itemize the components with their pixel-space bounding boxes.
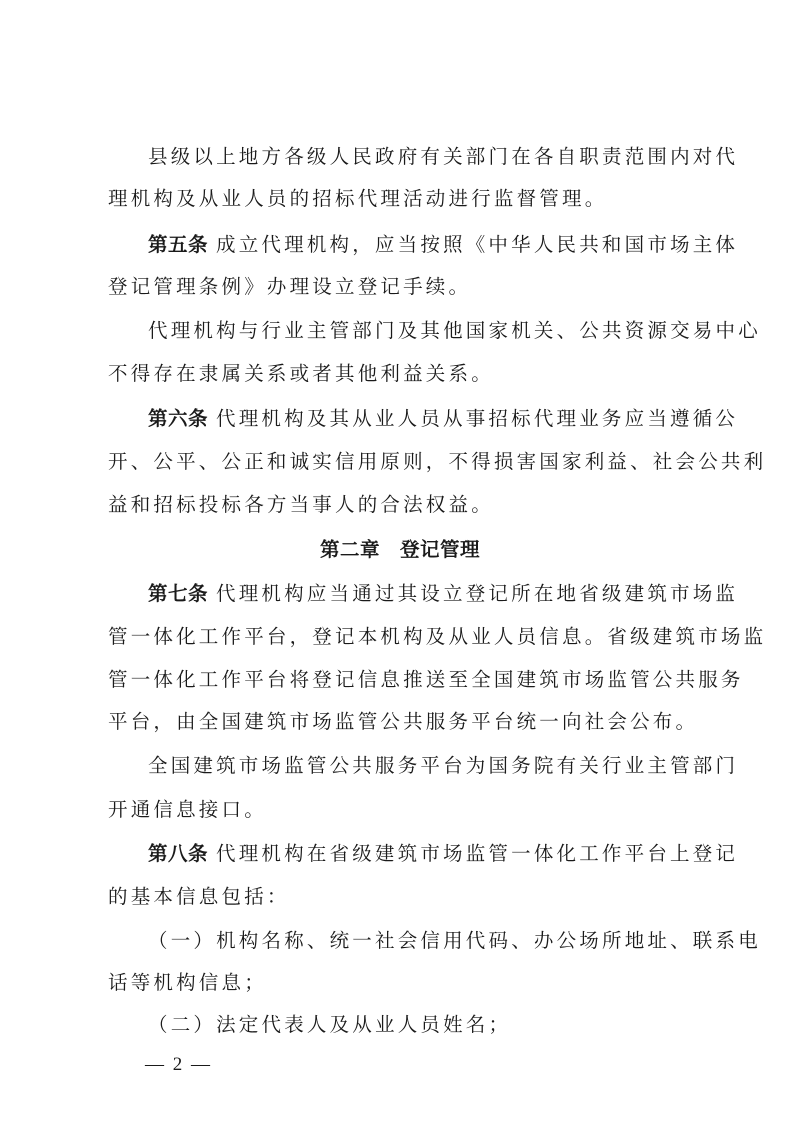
article-label: 第五条	[148, 233, 208, 256]
paragraph-line: 代理机构与行业主管部门及其他国家机关、公共资源交易中心	[148, 317, 733, 345]
paragraph-line: 开、公平、公正和诚实信用原则，不得损害国家利益、社会公共利	[108, 448, 693, 476]
paragraph-line: 开通信息接口。	[108, 796, 693, 824]
paragraph-line: 登记管理条例》办理设立登记手续。	[108, 273, 693, 301]
paragraph-line: 管一体化工作平台，登记本机构及从业人员信息。省级建筑市场监	[108, 623, 693, 651]
paragraph-line: 管一体化工作平台将登记信息推送至全国建筑市场监管公共服务	[108, 666, 693, 694]
article-label: 第八条	[148, 842, 208, 865]
page-number: — 2 —	[145, 1052, 212, 1078]
paragraph-line: 益和招标投标各方当事人的合法权益。	[108, 491, 693, 519]
list-item-2: （二）法定代表人及从业人员姓名；	[148, 1011, 733, 1039]
chapter-heading: 第二章 登记管理	[0, 536, 800, 564]
list-item-1: （一）机构名称、统一社会信用代码、办公场所地址、联系电	[148, 927, 733, 955]
paragraph-line: 不得存在隶属关系或者其他利益关系。	[108, 360, 693, 388]
article-label: 第六条	[148, 407, 208, 430]
paragraph-line: 话等机构信息；	[108, 969, 693, 997]
article-text: 代理机构及其从业人员从事招标代理业务应当遵循公	[216, 407, 738, 430]
paragraph-line: 平台，由全国建筑市场监管公共服务平台统一向社会公布。	[108, 708, 693, 736]
article-text: 成立代理机构，应当按照《中华人民共和国市场主体	[216, 233, 738, 256]
article-8: 第八条代理机构在省级建筑市场监管一体化工作平台上登记	[148, 840, 733, 868]
article-5: 第五条成立代理机构，应当按照《中华人民共和国市场主体	[148, 231, 733, 259]
article-6: 第六条代理机构及其从业人员从事招标代理业务应当遵循公	[148, 405, 733, 433]
paragraph-line: 全国建筑市场监管公共服务平台为国务院有关行业主管部门	[148, 752, 733, 780]
paragraph-line: 理机构及从业人员的招标代理活动进行监督管理。	[108, 185, 693, 213]
paragraph-line: 的基本信息包括：	[108, 883, 693, 911]
article-7: 第七条代理机构应当通过其设立登记所在地省级建筑市场监	[148, 580, 733, 608]
article-text: 代理机构在省级建筑市场监管一体化工作平台上登记	[216, 842, 738, 865]
document-page: 县级以上地方各级人民政府有关部门在各自职责范围内对代 理机构及从业人员的招标代理…	[0, 0, 800, 1131]
article-label: 第七条	[148, 582, 208, 605]
article-text: 代理机构应当通过其设立登记所在地省级建筑市场监	[216, 582, 738, 605]
paragraph-line: 县级以上地方各级人民政府有关部门在各自职责范围内对代	[148, 143, 733, 171]
